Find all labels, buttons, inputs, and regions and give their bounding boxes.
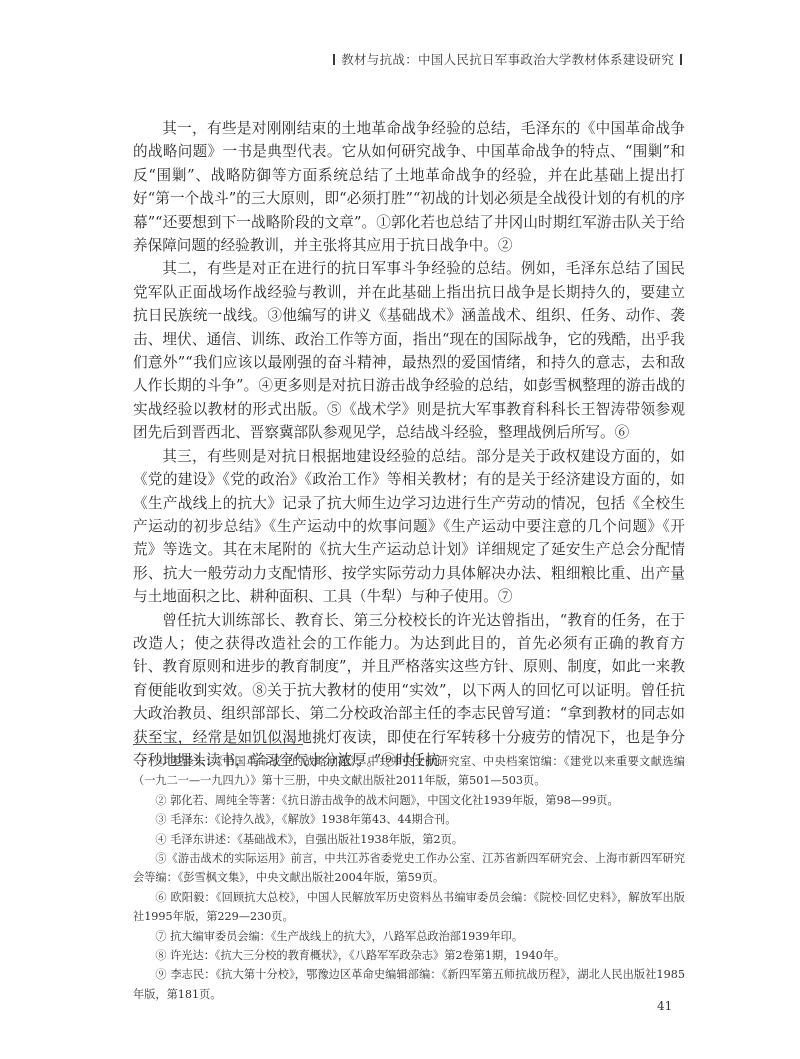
running-head-right-bar [680,54,682,65]
paragraph-4: 曾任抗大训练部长、教育长、第三分校校长的许光达曾指出，“教育的任务，在于改造人；… [133,609,685,773]
footnote-9: ⑨ 李志民：《抗大第十分校》，鄂豫边区革命史编辑部编：《新四军第五师抗战历程》，… [133,965,685,1004]
footnotes: ① 毛泽东：《中国革命战争的战略问题》，中共中央文献研究室、中央档案馆编：《建党… [133,752,685,1004]
footnote-4: ④ 毛泽东讲述：《基础战术》，自强出版社1938年版，第2页。 [133,830,685,849]
paragraph-3: 其三，有些则是对抗日根据地建设经验的总结。部分是关于政权建设方面的，如《党的建设… [133,445,685,609]
footnote-5: ⑤《游击战术的实际运用》前言，中共江苏省委党史工作办公室、江苏省新四军研究会、上… [133,849,685,888]
footnote-2: ② 郭化若、周纯全等著：《抗日游击战争的战术问题》，中国文化社1939年版，第9… [133,791,685,810]
paragraph-2: 其二，有些是对正在进行的抗日军事斗争经验的总结。例如，毛泽东总结了国民党军队正面… [133,257,685,444]
footnote-8: ⑧ 许光达：《抗大三分校的教育概状》，《八路军军政杂志》第2卷第1期，1940年… [133,946,685,965]
running-head-title: 教材与抗战：中国人民抗日军事政治大学教材体系建设研究 [341,52,674,67]
running-head: 教材与抗战：中国人民抗日军事政治大学教材体系建设研究 [327,50,688,68]
footnote-7: ⑦ 抗大编审委员会编：《生产战线上的抗大》，八路军总政治部1939年印。 [133,927,685,946]
paragraph-1: 其一，有些是对刚刚结束的土地革命战争经验的总结，毛泽东的《中国革命战争的战略问题… [133,117,685,257]
footnote-divider [133,744,303,745]
footnote-6: ⑥ 欧阳毅：《回顾抗大总校》，中国人民解放军历史资料丛书编审委员会编：《院校·回… [133,888,685,927]
footnote-1: ① 毛泽东：《中国革命战争的战略问题》，中共中央文献研究室、中央档案馆编：《建党… [133,752,685,791]
body-text: 其一，有些是对刚刚结束的土地革命战争经验的总结，毛泽东的《中国革命战争的战略问题… [133,117,685,772]
running-head-left-bar [333,54,335,65]
footnote-3: ③ 毛泽东：《论持久战》，《解放》1938年第43、44期合刊。 [133,810,685,829]
page-number: 41 [657,999,672,1013]
